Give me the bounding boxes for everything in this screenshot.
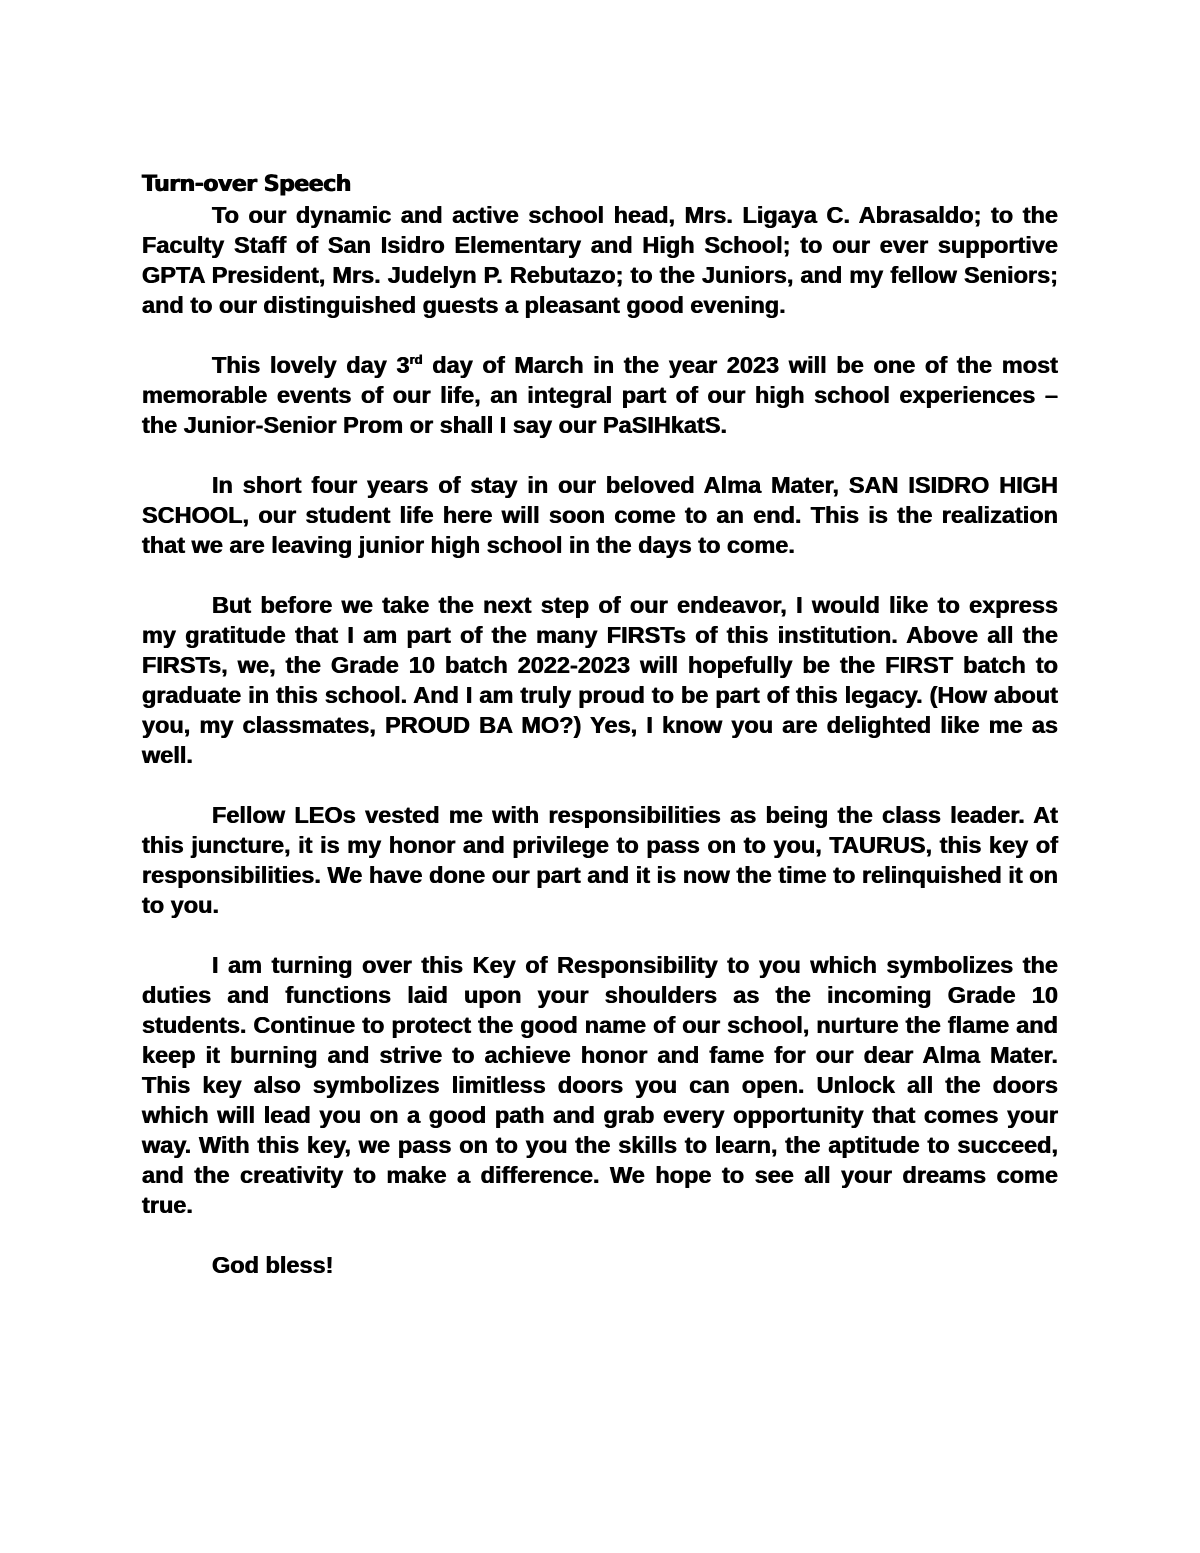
paragraph-leos-taurus: Fellow LEOs vested me with responsibilit… xyxy=(142,800,1058,920)
paragraph-greeting: To our dynamic and active school head, M… xyxy=(142,200,1058,320)
paragraph-prom-day-text: This lovely day 3 xyxy=(212,352,410,378)
paragraph-prom-day: This lovely day 3rd day of March in the … xyxy=(142,350,1058,440)
paragraph-key-of-responsibility: I am turning over this Key of Responsibi… xyxy=(142,950,1058,1220)
paragraph-closing: God bless! xyxy=(142,1250,1058,1280)
paragraph-alma-mater: In short four years of stay in our belov… xyxy=(142,470,1058,560)
ordinal-superscript: rd xyxy=(410,352,423,367)
document-title: Turn-over Speech xyxy=(142,170,1058,200)
paragraph-firsts: But before we take the next step of our … xyxy=(142,590,1058,770)
document-page: Turn-over Speech To our dynamic and acti… xyxy=(0,0,1200,1553)
